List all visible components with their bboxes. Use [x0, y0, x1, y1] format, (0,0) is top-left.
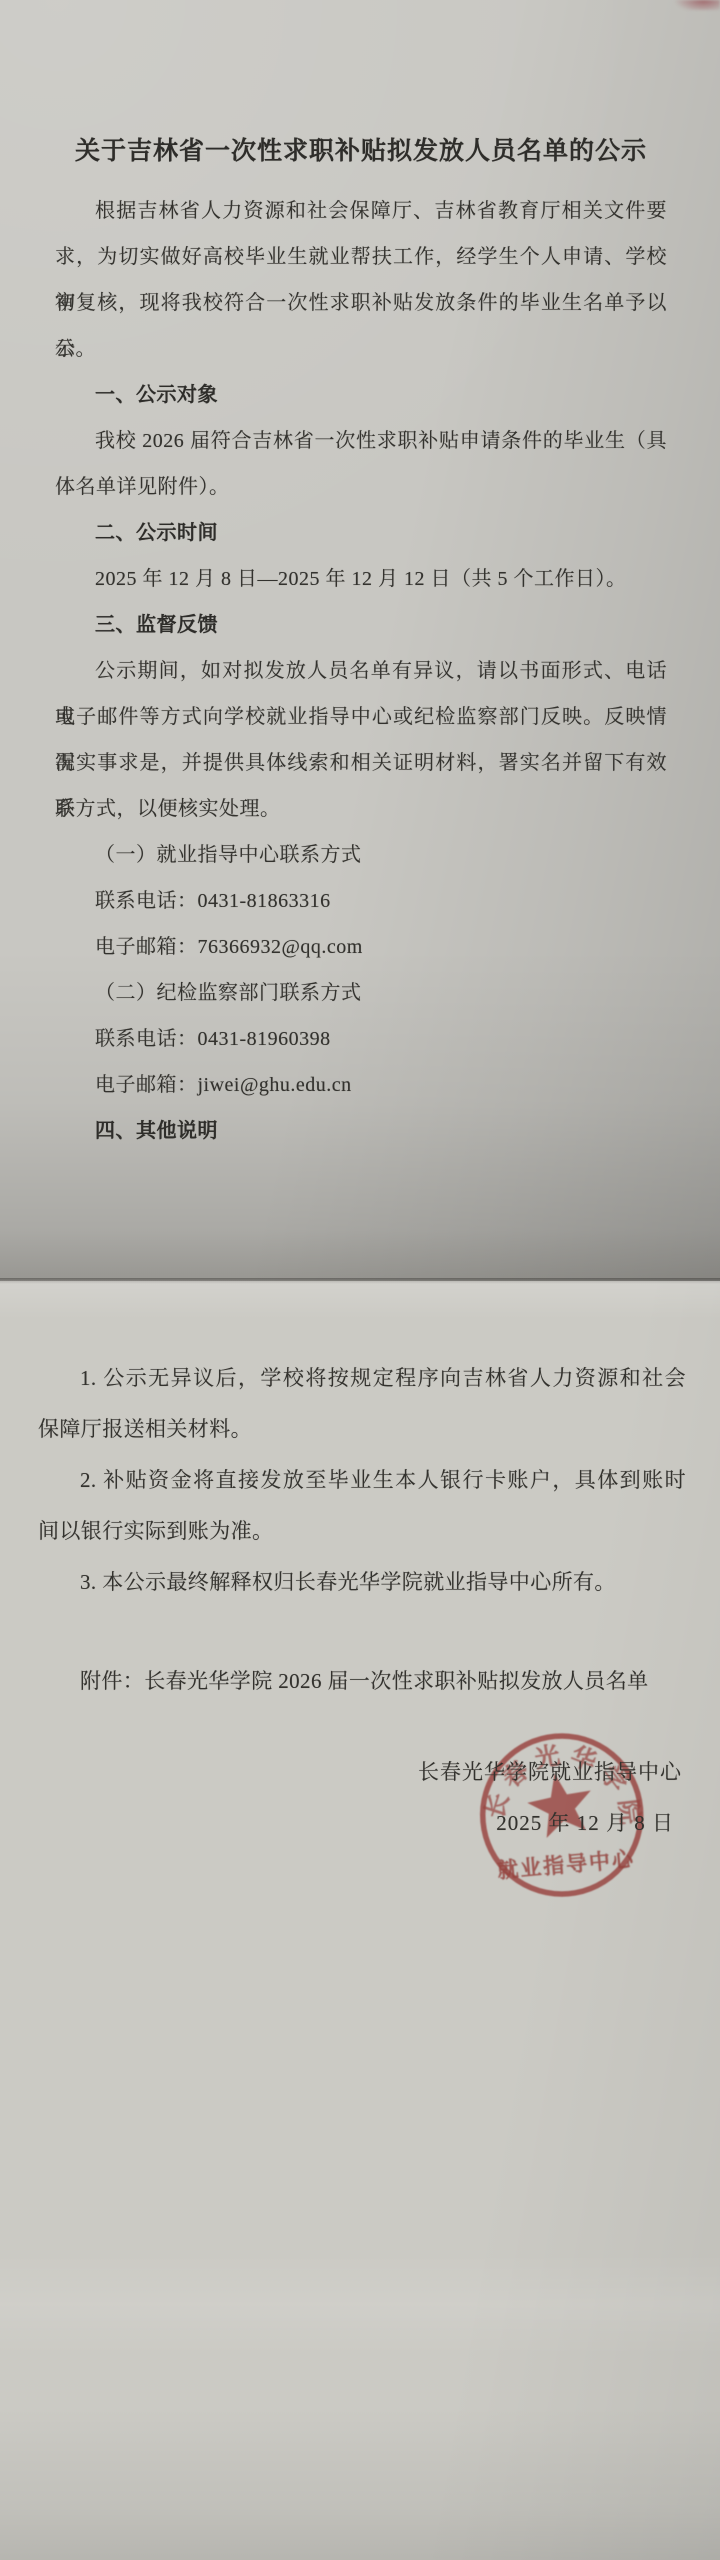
section-3-line: 公示期间，如对拟发放人员名单有异议，请以书面形式、电话或	[55, 648, 667, 694]
section-2-heading: 二、公示时间	[55, 510, 667, 556]
date-line: 2025 年 12 月 8 日	[38, 1798, 686, 1849]
contact-heading: （一）就业指导中心联系方式	[55, 832, 667, 878]
section-1-line: 体名单详见附件）。	[55, 464, 667, 510]
note-line: 3. 本公示最终解释权归长春光华学院就业指导中心所有。	[38, 1557, 686, 1608]
section-1-line: 我校 2026 届符合吉林省一次性求职补贴申请条件的毕业生（具	[55, 418, 667, 464]
attachment-line: 附件：长春光华学院 2026 届一次性求职补贴拟发放人员名单	[38, 1656, 686, 1707]
note-line: 间以银行实际到账为准。	[38, 1506, 686, 1557]
section-1-heading: 一、公示对象	[55, 372, 667, 418]
contact-email: 电子邮箱：jiwei@ghu.edu.cn	[55, 1062, 667, 1108]
publicity-period-line: 2025 年 12 月 8 日—2025 年 12 月 12 日（共 5 个工作…	[55, 556, 667, 602]
section-3-line: 电子邮件等方式向学校就业指导中心或纪检监察部门反映。反映情况	[55, 694, 667, 740]
note-line: 保障厅报送相关材料。	[38, 1404, 686, 1455]
section-4-heading: 四、其他说明	[55, 1108, 667, 1154]
page-2-content: 1. 公示无异议后，学校将按规定程序向吉林省人力资源和社会 保障厅报送相关材料。…	[38, 1353, 686, 1849]
page-seam-shadow	[0, 1278, 720, 1284]
note-line: 2. 补贴资金将直接发放至毕业生本人银行卡账户，具体到账时	[38, 1455, 686, 1506]
section-3-line: 系方式，以便核实处理。	[55, 786, 667, 832]
note-line: 1. 公示无异议后，学校将按规定程序向吉林省人力资源和社会	[38, 1353, 686, 1404]
signature-line: 长春光华学院就业指导中心	[38, 1747, 686, 1798]
seal-dept-text: 就业指导中心	[496, 1847, 636, 1883]
section-3-heading: 三、监督反馈	[55, 602, 667, 648]
announcement-document-photo: 关于吉林省一次性求职补贴拟发放人员名单的公示 根据吉林省人力资源和社会保障厅、吉…	[0, 0, 720, 2560]
section-3-line: 需实事求是，并提供具体线索和相关证明材料，署实名并留下有效联	[55, 740, 667, 786]
stamp-smudge	[654, 0, 720, 10]
intro-line: 求，为切实做好高校毕业生就业帮扶工作，经学生个人申请、学校初	[55, 234, 667, 280]
intro-line: 根据吉林省人力资源和社会保障厅、吉林省教育厅相关文件要	[55, 188, 667, 234]
intro-line: 审复核，现将我校符合一次性求职补贴发放条件的毕业生名单予以公	[55, 280, 667, 326]
contact-phone: 联系电话：0431-81960398	[55, 1016, 667, 1062]
contact-phone: 联系电话：0431-81863316	[55, 878, 667, 924]
contact-email: 电子邮箱：76366932@qq.com	[55, 924, 667, 970]
page-1-content: 关于吉林省一次性求职补贴拟发放人员名单的公示 根据吉林省人力资源和社会保障厅、吉…	[55, 130, 667, 1154]
intro-line: 示。	[55, 326, 667, 372]
contact-heading: （二）纪检监察部门联系方式	[55, 970, 667, 1016]
document-title: 关于吉林省一次性求职补贴拟发放人员名单的公示	[55, 130, 667, 172]
